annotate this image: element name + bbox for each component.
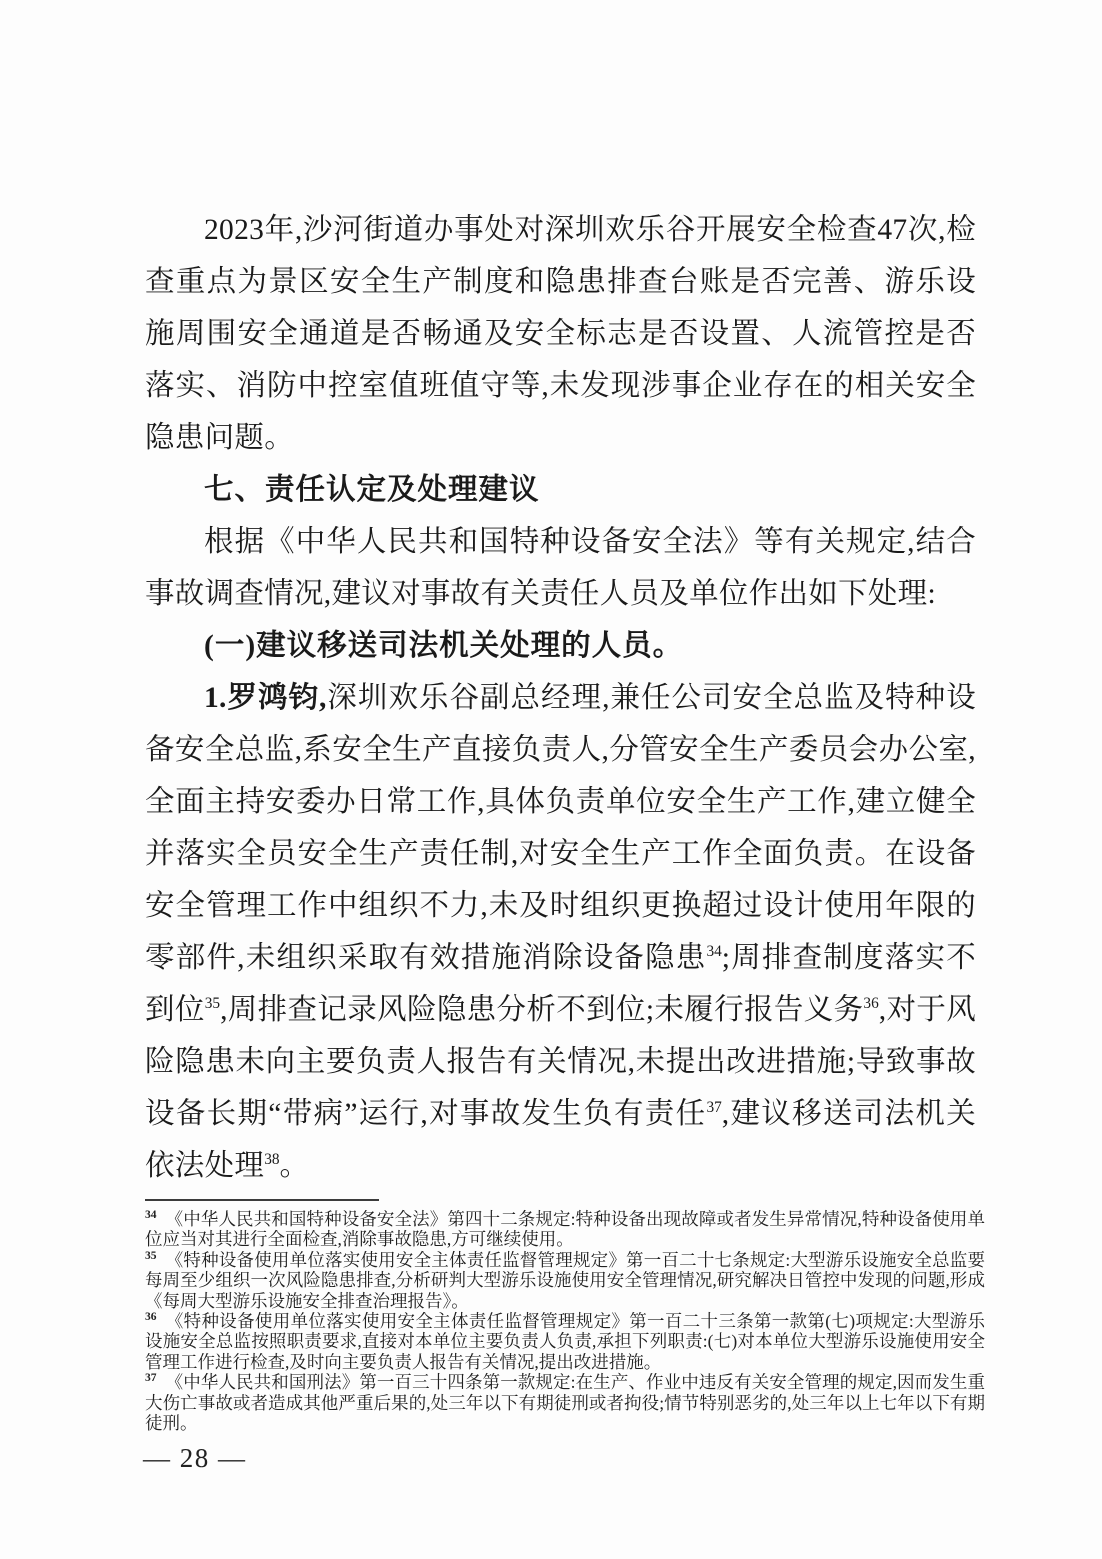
- text-run: 深圳欢乐谷副总经理,兼任公司安全总监及特种设备安全总监,系安全生产直接负责人,分…: [145, 682, 976, 974]
- subsection-heading-judicial-transfer: (一)建议移送司法机关处理的人员。: [145, 620, 976, 672]
- paragraph-person-luo-hongjun: 1.罗鸿钧,深圳欢乐谷副总经理,兼任公司安全总监及特种设备安全总监,系安全生产直…: [145, 672, 976, 1192]
- text-run: 1.罗鸿钧,: [204, 682, 327, 714]
- footnote-text: 《特种设备使用单位落实使用安全主体责任监督管理规定》第一百二十三条第一款第(七)…: [145, 1311, 985, 1372]
- footnote-item: 36《特种设备使用单位落实使用安全主体责任监督管理规定》第一百二十三条第一款第(…: [145, 1311, 985, 1372]
- paragraph-legal-basis: 根据《中华人民共和国特种设备安全法》等有关规定,结合事故调查情况,建议对事故有关…: [145, 516, 976, 620]
- footnote-marker: 37: [145, 1372, 157, 1384]
- text-run: 2023年,沙河街道办事处对深圳欢乐谷开展安全检查47次,检查重点为景区安全生产…: [145, 214, 976, 454]
- footnote-item: 37《中华人民共和国刑法》第一百三十四条第一款规定:在生产、作业中违反有关安全管…: [145, 1372, 985, 1433]
- footnote-reference: 38: [264, 1151, 279, 1168]
- footnote-marker: 35: [145, 1250, 157, 1262]
- footnote-item: 35《特种设备使用单位落实使用安全主体责任监督管理规定》第一百二十七条规定:大型…: [145, 1250, 985, 1311]
- text-run: 根据《中华人民共和国特种设备安全法》等有关规定,结合事故调查情况,建议对事故有关…: [145, 526, 976, 610]
- footnote-reference: 35: [205, 995, 220, 1012]
- section-heading-responsibility: 七、责任认定及处理建议: [145, 464, 976, 516]
- paragraph-inspection-summary: 2023年,沙河街道办事处对深圳欢乐谷开展安全检查47次,检查重点为景区安全生产…: [145, 204, 976, 464]
- text-run: (一)建议移送司法机关处理的人员。: [204, 630, 683, 662]
- footnote-separator: [145, 1199, 379, 1201]
- page-number: — 28 —: [143, 1443, 247, 1474]
- footnote-reference: 34: [706, 943, 721, 960]
- footnote-marker: 34: [145, 1209, 157, 1221]
- text-run: 。: [280, 1150, 310, 1182]
- footnote-text: 《特种设备使用单位落实使用安全主体责任监督管理规定》第一百二十七条规定:大型游乐…: [145, 1250, 985, 1311]
- footnote-reference: 37: [706, 1099, 721, 1116]
- footnote-item: 34《中华人民共和国特种设备安全法》第四十二条规定:特种设备出现故障或者发生异常…: [145, 1209, 985, 1250]
- document-body: 2023年,沙河街道办事处对深圳欢乐谷开展安全检查47次,检查重点为景区安全生产…: [145, 204, 976, 1192]
- text-run: ,周排查记录风险隐患分析不到位;未履行报告义务: [220, 994, 863, 1026]
- footnote-reference: 36: [863, 995, 878, 1012]
- text-run: 七、责任认定及处理建议: [204, 473, 540, 506]
- footnotes-section: 34《中华人民共和国特种设备安全法》第四十二条规定:特种设备出现故障或者发生异常…: [145, 1209, 985, 1433]
- footnote-marker: 36: [145, 1311, 157, 1323]
- document-page: 2023年,沙河街道办事处对深圳欢乐谷开展安全检查47次,检查重点为景区安全生产…: [0, 0, 1102, 1559]
- footnote-text: 《中华人民共和国刑法》第一百三十四条第一款规定:在生产、作业中违反有关安全管理的…: [145, 1372, 985, 1433]
- footnote-text: 《中华人民共和国特种设备安全法》第四十二条规定:特种设备出现故障或者发生异常情况…: [145, 1209, 985, 1249]
